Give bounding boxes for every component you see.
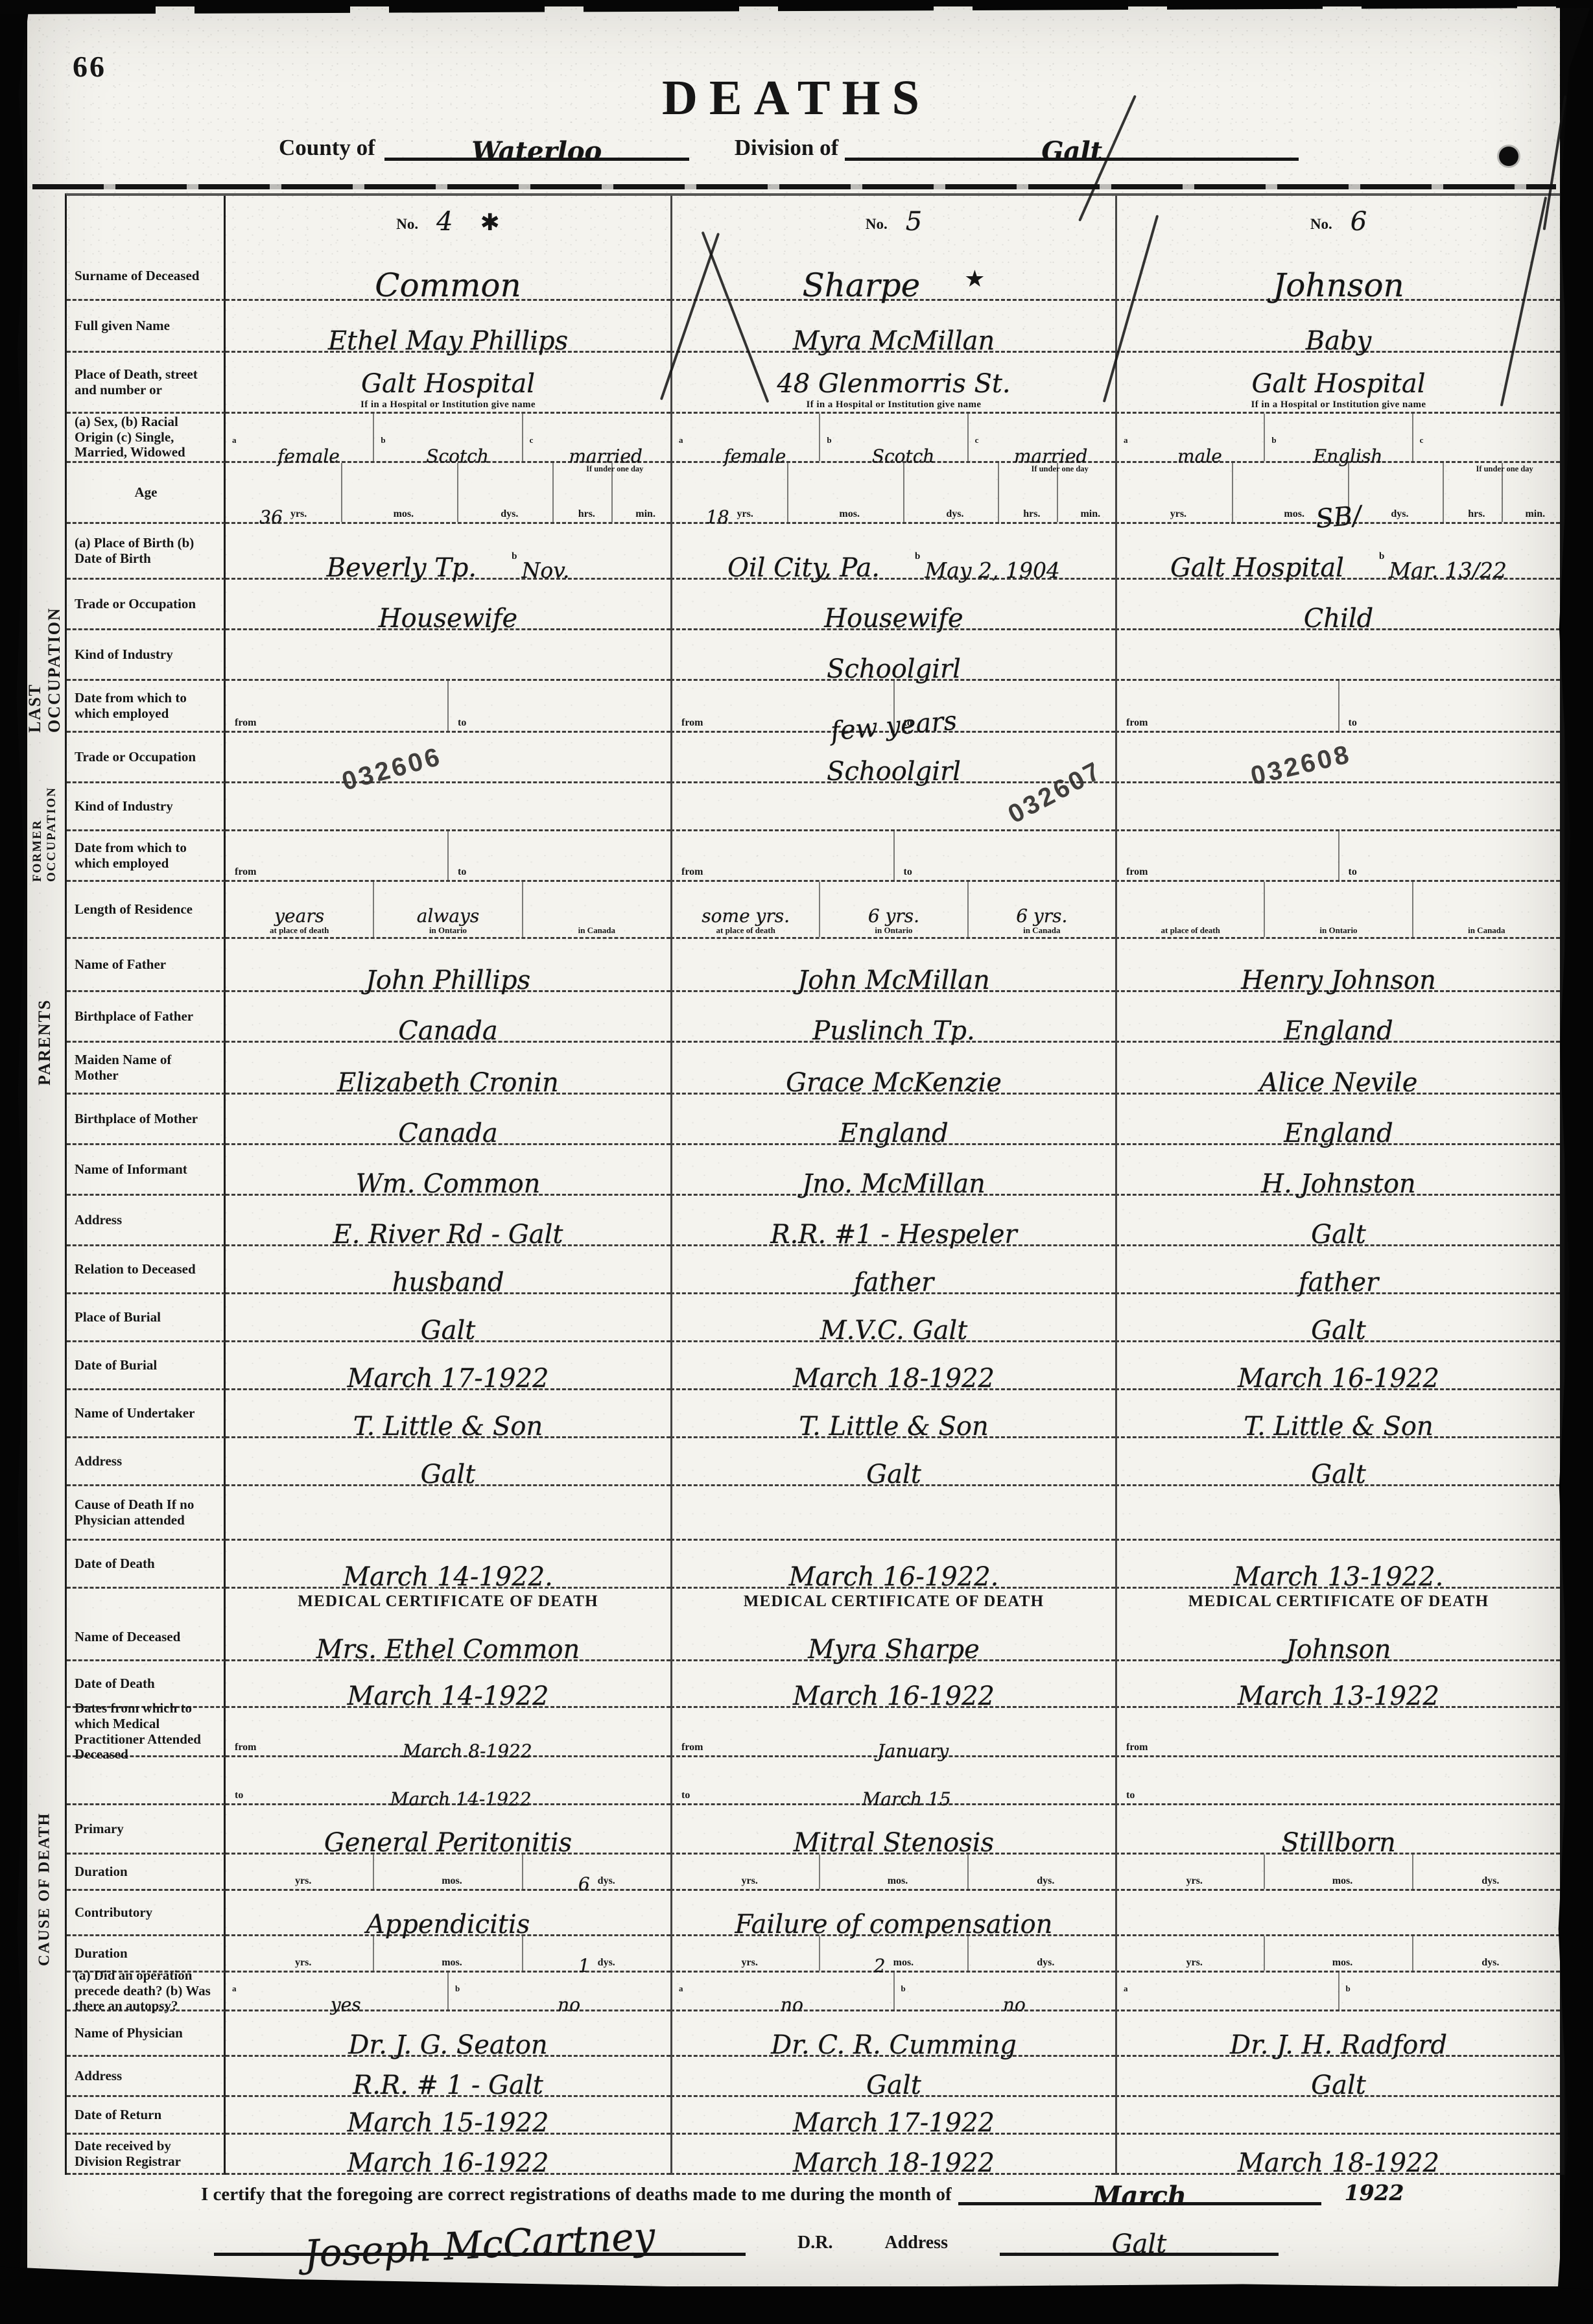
handwritten-entry: England: [839, 1119, 949, 1148]
row-duration_contributory: Durationyrs.mos.1dys.yrs.2mos.dys.yrs.mo…: [67, 1936, 1560, 1973]
if-under-one-day-label: If under one day: [1009, 465, 1111, 473]
subcell-label: yrs.: [290, 508, 307, 522]
cell-last_industry-c2: Schoolgirl: [670, 630, 1115, 681]
subcell-label: a: [1124, 435, 1128, 461]
handwritten-entry: T. Little & Son: [799, 1412, 988, 1441]
cell-burial_date-c3: March 16-1922: [1115, 1342, 1560, 1390]
row-undertaker: Name of UndertakerT. Little & SonT. Litt…: [67, 1390, 1560, 1438]
cell-return_date-c1: March 15-1922: [226, 2097, 670, 2135]
handwritten-entry: Baby: [1306, 326, 1371, 356]
subcell-sex-c1-1: afemale: [226, 414, 373, 461]
row-informant_address: AddressE. River Rd - GaltR.R. #1 - Hespe…: [67, 1196, 1560, 1246]
row-label-text: Name of Informant: [75, 1162, 187, 1178]
subcell-former_employed-c2-2: to: [893, 831, 1116, 880]
subcell-label: to: [904, 866, 912, 880]
subcell-label: to: [458, 866, 466, 880]
cell-burial_date-c1: March 17-1922: [226, 1342, 670, 1390]
row-informant: Name of InformantWm. CommonJno. McMillan…: [67, 1145, 1560, 1196]
footer-address-handwriting: Galt: [1112, 2229, 1167, 2259]
row-label-text: Trade or Occupation: [75, 597, 196, 612]
cell-birth-c2: Oil City, Pa.bMay 2, 1904: [670, 524, 1115, 580]
handwritten-entry: T. Little & Son: [1244, 1412, 1433, 1441]
row-former_employed: Date from which to which employedfromtof…: [67, 831, 1560, 882]
row-contributory: ContributoryAppendicitisFailure of compe…: [67, 1891, 1560, 1936]
cell-former_trade-c1: 032606: [226, 733, 670, 783]
row-received_date: Date received by Division RegistrarMarch…: [67, 2135, 1560, 2175]
handwritten-entry: Sharpe: [802, 267, 920, 304]
cell-last_trade-c2: Housewife: [670, 580, 1115, 630]
cell-physician-c3: Dr. J. H. Radford: [1115, 2011, 1560, 2057]
subcell-label: dys.: [598, 1875, 615, 1889]
cell-duration_primary-c1: yrs.mos.6dys.: [226, 1855, 670, 1891]
subcell-label: to: [1349, 866, 1357, 880]
subcell-operation-c2-2: bno: [893, 1973, 1116, 2010]
row-surname: Surname of DeceasedCommonSharpe★Johnson: [67, 253, 1560, 301]
row-date_of_death: Date of DeathMarch 14-1922.March 16-1922…: [67, 1541, 1560, 1589]
subcell-value-handwriting: some yrs.: [702, 905, 790, 927]
row-label-undertaker: Name of Undertaker: [67, 1390, 226, 1438]
cell-undertaker-c2: T. Little & Son: [670, 1390, 1115, 1438]
cell-return_date-c2: March 17-1922: [670, 2097, 1115, 2135]
row-label-text: Address: [75, 2069, 122, 2084]
certify-year-handwriting: 1922: [1345, 2180, 1404, 2205]
cell-surname-c2: Sharpe★: [670, 253, 1115, 301]
cell-mother_birthplace-c2: England: [670, 1095, 1115, 1145]
row-label-physician: Name of Physician: [67, 2011, 226, 2057]
row-label-text: Maiden Name of Mother: [75, 1052, 217, 1083]
subcell-label: to: [904, 717, 912, 731]
side-label-former-occupation: FORMER OCCUPATION: [30, 733, 59, 882]
handwritten-entry: Alice Nevile: [1260, 1068, 1418, 1098]
cell-number-c3: No.6: [1115, 196, 1560, 253]
medical-certificate-heading: MEDICAL CERTIFICATE OF DEATH: [226, 1589, 670, 1615]
cell-medcert-c1: MEDICAL CERTIFICATE OF DEATH: [226, 1589, 670, 1615]
row-label-received_date: Date received by Division Registrar: [67, 2135, 226, 2175]
subcell-label: from: [681, 717, 703, 731]
subcell-label: in Ontario: [875, 925, 912, 937]
subcell-age-c2-2: mos.: [787, 463, 903, 522]
row-label-text: Birthplace of Father: [75, 1009, 193, 1025]
row-label-text: Place of Death, street and number or: [75, 367, 217, 397]
row-physician: Name of PhysicianDr. J. G. SeatonDr. C. …: [67, 2011, 1560, 2057]
cell-last_employed-c2: fromtofew years: [670, 681, 1115, 733]
handwritten-entry: Jno. McMillan: [802, 1169, 985, 1199]
cell-former_industry-c1: [226, 783, 670, 831]
cell-former_employed-c2: fromto: [670, 831, 1115, 882]
row-label-text: Date of Return: [75, 2107, 161, 2123]
row-undertaker_address: AddressGaltGaltGalt: [67, 1438, 1560, 1486]
row-label-undertaker_address: Address: [67, 1438, 226, 1486]
cell-cert_date-c3: March 13-1922: [1115, 1661, 1560, 1708]
subcell-label: in Canada: [1023, 925, 1060, 937]
cell-duration_primary-c2: yrs.mos.dys.: [670, 1855, 1115, 1891]
subcell-duration_contributory-c3-3: dys.: [1412, 1936, 1560, 1971]
handwritten-entry: March 16-1922: [347, 2148, 549, 2178]
subcell-operation-c2-1: ano: [672, 1973, 893, 2010]
if-under-one-day-label: If under one day: [1454, 465, 1555, 473]
subcell-duration_primary-c2-2: mos.: [819, 1855, 967, 1889]
row-label-text: Primary: [75, 1821, 124, 1837]
subcell-last_employed-c3-2: to: [1338, 681, 1561, 731]
row-label-cause_no_physician: Cause of Death If no Physician attended: [67, 1486, 226, 1541]
subcell-former_employed-c3-1: from: [1117, 831, 1338, 880]
subcell-attended_from-c1-1: fromMarch 8-1922: [226, 1708, 670, 1755]
row-label-text: Age: [135, 485, 158, 501]
handwritten-entry: Dr. J. G. Seaton: [348, 2030, 547, 2060]
handwritten-entry: Dr. J. H. Radford: [1230, 2030, 1447, 2060]
cell-attended_to-c3: to: [1115, 1757, 1560, 1805]
cell-relation-c3: father: [1115, 1246, 1560, 1294]
b-marker: b: [1379, 551, 1384, 562]
cell-cert_name-c2: Myra Sharpe: [670, 1615, 1115, 1661]
cell-physician_address-c2: Galt: [670, 2057, 1115, 2097]
row-relation: Relation to Deceasedhusbandfatherfather: [67, 1246, 1560, 1294]
row-label-text: Name of Undertaker: [75, 1406, 195, 1421]
cell-last_trade-c3: Child: [1115, 580, 1560, 630]
row-label-text: Kind of Industry: [75, 647, 173, 663]
subcell-label: from: [1126, 866, 1148, 880]
cell-number-c2: No.5: [670, 196, 1115, 253]
certification-line: I certify that the foregoing are correct…: [201, 2180, 1404, 2205]
cell-father-c3: Henry Johnson: [1115, 939, 1560, 992]
cell-number-c1: No.4✱: [226, 196, 670, 253]
row-label-text: Dates from which to which Medical Practi…: [75, 1701, 217, 1762]
cell-surname-c3: Johnson: [1115, 253, 1560, 301]
cell-residence-c2: some yrs.at place of death6 yrs.in Ontar…: [670, 882, 1115, 939]
cell-burial_place-c1: Galt: [226, 1294, 670, 1342]
handwritten-entry: March 17-1922: [793, 2108, 995, 2138]
subcell-duration_contributory-c1-1: yrs.: [226, 1936, 373, 1971]
certify-month-underline: March: [958, 2181, 1321, 2205]
handwritten-entry: Ethel May Phillips: [328, 326, 568, 356]
cell-residence-c1: yearsat place of deathalwaysin Ontarioin…: [226, 882, 670, 939]
row-duration_primary: Durationyrs.mos.6dys.yrs.mos.dys.yrs.mos…: [67, 1855, 1560, 1891]
subcell-duration_contributory-c1-2: mos.: [373, 1936, 521, 1971]
side-label-parents: PARENTS: [30, 939, 59, 1145]
division-value-handwriting: Galt: [1041, 136, 1102, 167]
cell-medcert-c3: MEDICAL CERTIFICATE OF DEATH: [1115, 1589, 1560, 1615]
row-label-text: Full given Name: [75, 318, 170, 334]
row-label-text: Address: [75, 1213, 122, 1228]
handwritten-entry: Common: [375, 267, 521, 304]
handwritten-entry: England: [1284, 1119, 1393, 1148]
row-burial_place: Place of BurialGaltM.V.C. GaltGalt: [67, 1294, 1560, 1342]
cell-undertaker_address-c1: Galt: [226, 1438, 670, 1486]
subcell-residence-c3-2: in Ontario: [1264, 882, 1411, 937]
subcell-label: to: [458, 717, 466, 731]
certify-month-handwriting: March: [1092, 2181, 1186, 2211]
handwritten-entry: Galt: [421, 1460, 476, 1489]
handwritten-entry: Johnson: [1286, 1635, 1391, 1665]
cell-received_date-c1: March 16-1922: [226, 2135, 670, 2175]
subcell-label: dys.: [1391, 508, 1408, 522]
cell-undertaker_address-c3: Galt: [1115, 1438, 1560, 1486]
cell-burial_date-c2: March 18-1922: [670, 1342, 1115, 1390]
subcell-age-c1-3: dys.: [457, 463, 552, 522]
no-label: No.: [1310, 216, 1332, 233]
subcell-label: mos.: [1332, 1957, 1353, 1971]
row-label-medcert: [67, 1589, 226, 1615]
row-label-last_industry: Kind of Industry: [67, 630, 226, 681]
row-physician_address: AddressR.R. # 1 - GaltGaltGalt: [67, 2057, 1560, 2097]
cell-burial_place-c3: Galt: [1115, 1294, 1560, 1342]
subcell-label: c: [1420, 435, 1424, 461]
handwritten-entry: Puslinch Tp.: [812, 1016, 974, 1046]
cell-former_industry-c3: [1115, 783, 1560, 831]
row-label-text: (a) Place of Birth (b) Date of Birth: [75, 536, 217, 566]
row-label-return_date: Date of Return: [67, 2097, 226, 2135]
cell-attended_from-c3: from: [1115, 1708, 1560, 1757]
handwritten-entry: Galt: [866, 2070, 921, 2100]
row-label-informant_address: Address: [67, 1196, 226, 1246]
county-underline: Waterloo: [384, 136, 689, 161]
subcell-label: min.: [1080, 508, 1100, 522]
b-marker: b: [512, 551, 517, 562]
subcell-label: mos.: [1284, 508, 1304, 522]
b-marker: b: [915, 551, 920, 562]
subcell-value-handwriting: 6 yrs.: [868, 905, 919, 927]
row-label-birth: (a) Place of Birth (b) Date of Birth: [67, 524, 226, 580]
division-underline: Galt: [845, 136, 1299, 161]
row-label-former_industry: Kind of Industry: [67, 783, 226, 831]
cell-birth-c1: Beverly Tp.bNov.: [226, 524, 670, 580]
row-father: Name of FatherJohn PhillipsJohn McMillan…: [67, 939, 1560, 992]
county-division-line: County of Waterloo Division of Galt: [279, 135, 1299, 161]
handwritten-entry: March 18-1922: [1238, 2148, 1439, 2178]
if-under-one-day-label: If under one day: [563, 465, 666, 473]
cell-operation-c1: ayesbno: [226, 1973, 670, 2011]
cell-duration_contributory-c2: yrs.2mos.dys.: [670, 1936, 1115, 1973]
subcell-residence-c1-1: yearsat place of death: [226, 882, 373, 937]
row-label-date_of_death: Date of Death: [67, 1541, 226, 1589]
handwritten-entry: March 14-1922: [347, 1681, 549, 1711]
subcell-label: a: [1124, 1984, 1128, 2010]
row-label-father_birthplace: Birthplace of Father: [67, 992, 226, 1043]
cell-last_employed-c1: fromto: [226, 681, 670, 733]
cell-physician-c1: Dr. J. G. Seaton: [226, 2011, 670, 2057]
row-last_employed: Date from which to which employedfromtof…: [67, 681, 1560, 733]
row-former_industry: Kind of Industry: [67, 783, 1560, 831]
cell-undertaker-c3: T. Little & Son: [1115, 1390, 1560, 1438]
footer-address-label: Address: [884, 2233, 948, 2256]
date-of-birth-group: bNov.: [512, 551, 569, 575]
row-operation: (a) Did an operation precede death? (b) …: [67, 1973, 1560, 2011]
handwritten-entry: Johnson: [1273, 267, 1404, 304]
row-label-text: Trade or Occupation: [75, 750, 196, 765]
cell-sex-c3: amalebEnglishc: [1115, 414, 1560, 463]
row-residence: Length of Residenceyearsat place of deat…: [67, 882, 1560, 939]
row-label-mother: Maiden Name of Mother: [67, 1043, 226, 1095]
handwritten-entry: Henry Johnson: [1241, 966, 1436, 995]
subcell-label: mos.: [888, 1875, 908, 1889]
cell-contributory-c1: Appendicitis: [226, 1891, 670, 1936]
handwritten-entry: T. Little & Son: [353, 1412, 543, 1441]
row-label-attended_from: Dates from which to which Medical Practi…: [67, 1708, 226, 1757]
certify-text: I certify that the foregoing are correct…: [201, 2184, 952, 2205]
handwritten-entry: H. Johnston: [1261, 1169, 1415, 1199]
subcell-label: in Ontario: [429, 925, 467, 937]
cell-informant_address-c3: Galt: [1115, 1196, 1560, 1246]
row-label-burial_date: Date of Burial: [67, 1342, 226, 1390]
row-label-text: Name of Deceased: [75, 1630, 180, 1645]
subcell-label: to: [235, 1790, 243, 1803]
handwritten-entry: March 18-1922: [793, 2148, 995, 2178]
row-label-text: Kind of Industry: [75, 799, 173, 814]
subcell-label: from: [235, 717, 256, 731]
row-mother: Maiden Name of MotherElizabeth CroninGra…: [67, 1043, 1560, 1095]
subcell-label: from: [235, 1742, 256, 1755]
row-label-last_trade: Trade or Occupation: [67, 580, 226, 630]
subcell-duration_primary-c2-1: yrs.: [672, 1855, 819, 1889]
handwritten-entry: Dr. C. R. Cumming: [771, 2030, 1017, 2060]
cell-former_trade-c2: Schoolgirl032607: [670, 733, 1115, 783]
subcell-sex-c1-3: cmarried: [522, 414, 670, 461]
row-label-text: Name of Physician: [75, 2026, 183, 2041]
handwritten-entry: Schoolgirl: [827, 654, 961, 684]
row-label-mother_birthplace: Birthplace of Mother: [67, 1095, 226, 1145]
row-label-text: Name of Father: [75, 957, 166, 973]
subcell-attended_to-c1-1: toMarch 14-1922: [226, 1757, 670, 1803]
row-cert_date: Date of DeathMarch 14-1922March 16-1922M…: [67, 1661, 1560, 1708]
handwritten-entry: March 13-1922: [1238, 1681, 1439, 1711]
subcell-label: yrs.: [1186, 1875, 1203, 1889]
subcell-label: hrs.: [1468, 508, 1485, 522]
subcell-former_employed-c2-1: from: [672, 831, 893, 880]
subcell-sex-c2-2: bScotch: [819, 414, 967, 461]
subcell-age-c3-2: mos.: [1232, 463, 1348, 522]
subcell-operation-c1-2: bno: [447, 1973, 670, 2010]
cell-burial_place-c2: M.V.C. Galt: [670, 1294, 1115, 1342]
cell-birth-c3: Galt HospitalbMar. 13/22: [1115, 524, 1560, 580]
subcell-label: mos.: [442, 1875, 462, 1889]
subcell-duration_primary-c3-1: yrs.: [1117, 1855, 1264, 1889]
subcell-former_employed-c3-2: to: [1338, 831, 1561, 880]
row-former_trade: Trade or Occupation032606Schoolgirl03260…: [67, 733, 1560, 783]
cell-former_trade-c3: 032608: [1115, 733, 1560, 783]
cell-mother-c2: Grace McKenzie: [670, 1043, 1115, 1095]
cell-informant-c2: Jno. McMillan: [670, 1145, 1115, 1196]
subcell-label: from: [1126, 1742, 1148, 1755]
row-label-text: Relation to Deceased: [75, 1262, 196, 1277]
cell-father_birthplace-c3: England: [1115, 992, 1560, 1043]
entry-number-handwriting: 5: [906, 207, 922, 237]
handwritten-entry: March 13-1922.: [1234, 1562, 1444, 1592]
subcell-attended_to-c2-1: toMarch 15: [672, 1757, 1115, 1803]
row-label-primary: Primary: [67, 1805, 226, 1855]
side-label-cause-of-death: CAUSE OF DEATH: [30, 1805, 59, 1973]
subcell-label: a: [232, 1984, 237, 2010]
cell-cause_no_physician-c1: [226, 1486, 670, 1541]
hospital-note-label: If in a Hospital or Institution give nam…: [672, 399, 1115, 410]
subcell-label: mos.: [394, 508, 414, 522]
handwritten-entry: Canada: [398, 1016, 498, 1046]
row-label-operation: (a) Did an operation precede death? (b) …: [67, 1973, 226, 2011]
row-cause_no_physician: Cause of Death If no Physician attended: [67, 1486, 1560, 1541]
handwritten-entry: March 14-1922.: [343, 1562, 553, 1592]
subcell-label: c: [530, 435, 534, 461]
entry-number-handwriting: 6: [1351, 207, 1367, 237]
subcell-duration_contributory-c3-1: yrs.: [1117, 1936, 1264, 1971]
subcell-residence-c1-3: in Canada: [522, 882, 670, 937]
handwritten-entry: March 16-1922.: [789, 1562, 999, 1592]
ink-dot-mark: [1499, 147, 1518, 166]
subcell-value-handwriting: always: [417, 905, 480, 927]
subcell-label: yrs.: [737, 508, 753, 522]
cell-residence-c3: at place of deathin Ontarioin Canada: [1115, 882, 1560, 939]
star-mark: ✱: [480, 209, 500, 236]
subcell-duration_contributory-c2-1: yrs.: [672, 1936, 819, 1971]
handwritten-entry: R.R. # 1 - Galt: [353, 2070, 543, 2100]
subcell-former_employed-c1-2: to: [447, 831, 670, 880]
row-label-text: Date of Burial: [75, 1358, 157, 1373]
subcell-label: b: [1346, 1984, 1351, 2010]
cell-informant_address-c1: E. River Rd - Galt: [226, 1196, 670, 1246]
cell-cert_date-c2: March 16-1922: [670, 1661, 1115, 1708]
row-label-relation: Relation to Deceased: [67, 1246, 226, 1294]
subcell-label: in Canada: [578, 925, 615, 937]
row-number: No.4✱No.5No.6: [67, 196, 1560, 253]
row-label-sex: (a) Sex, (b) Racial Origin (c) Single, M…: [67, 414, 226, 463]
footer-address-underline: Galt: [1000, 2229, 1279, 2256]
subcell-label: b: [1271, 435, 1276, 461]
cell-sex-c2: afemalebScotchcmarried: [670, 414, 1115, 463]
row-birth: (a) Place of Birth (b) Date of BirthBeve…: [67, 524, 1560, 580]
subcell-duration_contributory-c2-2: 2mos.: [819, 1936, 967, 1971]
no-label: No.: [396, 216, 418, 233]
cell-medcert-c2: MEDICAL CERTIFICATE OF DEATH: [670, 1589, 1115, 1615]
cell-informant-c1: Wm. Common: [226, 1145, 670, 1196]
scan-edge-left: [0, 0, 30, 2324]
subcell-operation-c3-1: a: [1117, 1973, 1338, 2010]
cell-duration_primary-c3: yrs.mos.dys.: [1115, 1855, 1560, 1891]
subcell-label: yrs.: [1170, 508, 1186, 522]
subcell-label: from: [681, 1742, 703, 1755]
cell-attended_to-c1: toMarch 14-1922: [226, 1757, 670, 1805]
subcell-label: mos.: [1332, 1875, 1353, 1889]
handwritten-entry: March 16-1922: [793, 1681, 995, 1711]
subcell-residence-c2-2: 6 yrs.in Ontario: [819, 882, 967, 937]
subcell-label: mos.: [839, 508, 860, 522]
subcell-age-c1-2: mos.: [341, 463, 458, 522]
handwritten-entry: M.V.C. Galt: [820, 1316, 968, 1346]
row-label-text: Surname of Deceased: [75, 268, 199, 284]
handwritten-entry: General Peritonitis: [324, 1828, 572, 1858]
subcell-label: yrs.: [742, 1957, 758, 1971]
date-of-birth-group: bMay 2, 1904: [915, 551, 1060, 575]
dr-label: D.R.: [797, 2233, 832, 2256]
handwritten-entry: Myra Sharpe: [808, 1635, 980, 1665]
cell-duration_contributory-c3: yrs.mos.dys.: [1115, 1936, 1560, 1973]
handwritten-entry: Housewife: [824, 604, 963, 634]
subcell-sex-c3-2: bEnglish: [1264, 414, 1411, 461]
cell-date_of_death-c3: March 13-1922.: [1115, 1541, 1560, 1589]
subcell-age-c2-3: dys.: [903, 463, 998, 522]
subcell-label: from: [1126, 717, 1148, 731]
cell-attended_from-c1: fromMarch 8-1922: [226, 1708, 670, 1757]
row-label-text: (a) Did an operation precede death? (b) …: [75, 1968, 217, 2014]
subcell-label: to: [681, 1790, 690, 1803]
subcell-attended_to-c3-1: to: [1117, 1757, 1560, 1803]
cell-place_of_death-c2: 48 Glenmorris St.If in a Hospital or Ins…: [670, 353, 1115, 414]
row-last_trade: Trade or OccupationHousewifeHousewifeChi…: [67, 580, 1560, 630]
subcell-residence-c1-2: alwaysin Ontario: [373, 882, 521, 937]
handwritten-entry: E. River Rd - Galt: [333, 1220, 563, 1250]
row-label-text: (a) Sex, (b) Racial Origin (c) Single, M…: [75, 414, 217, 460]
subcell-label: yrs.: [295, 1957, 311, 1971]
subcell-residence-c3-3: in Canada: [1412, 882, 1560, 937]
subcell-label: yrs.: [1186, 1957, 1203, 1971]
subcell-duration_contributory-c1-3: 1dys.: [522, 1936, 670, 1971]
